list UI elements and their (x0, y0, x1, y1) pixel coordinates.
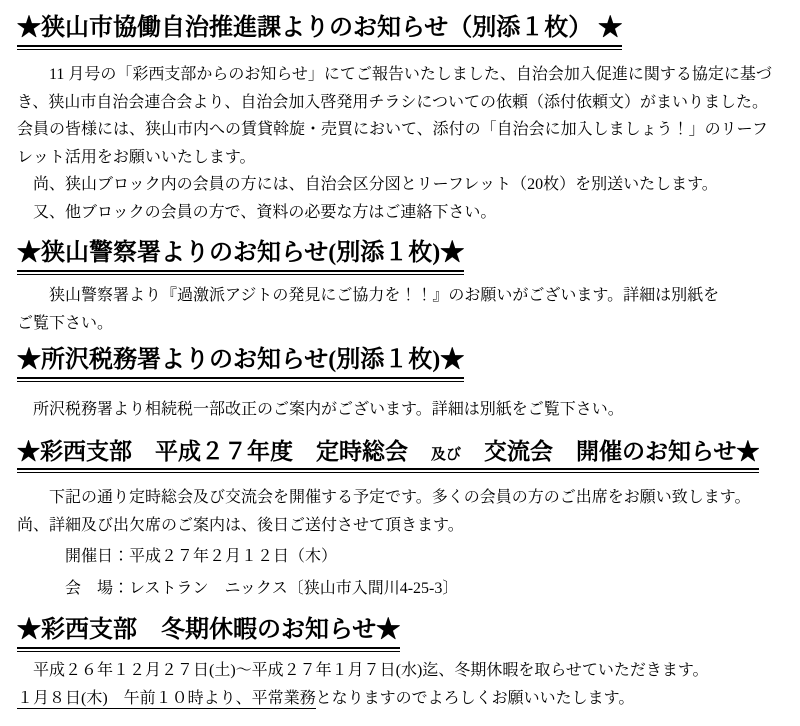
underlined-text: １月８日(木) 午前１０時より、平常業務 (17, 690, 316, 709)
event-date-line: 開催日：平成２７年２月１２日（木） (17, 543, 785, 571)
heading-text-part2: 交流会 開催のお知らせ★ (461, 439, 759, 464)
paragraph-line: 尚、狭山ブロック内の会員の方には、自治会区分図とリーフレット（20枚）を別送いた… (17, 171, 785, 199)
section-heading-sayama-police: ★狭山警察署よりのお知らせ(別添１枚)★ (17, 238, 785, 276)
section-body-soukai-kouryukai: 下記の通り定時総会及び交流会を開催する予定です。多くの会員の方のご出席をお願い致… (17, 484, 785, 602)
section-title: ★彩西支部 平成２７年度 定時総会 及び 交流会 開催のお知らせ★ (17, 438, 759, 471)
heading-text-part1: ★彩西支部 平成２７年度 定時総会 (17, 439, 431, 464)
paragraph-line: 又、他ブロックの会員の方で、資料の必要な方はご連絡下さい。 (17, 199, 785, 227)
paragraph-line: ご覧下さい。 (17, 310, 785, 338)
paragraph-line: 11 月号の「彩西支部からのお知らせ」にてご報告いたしました、自治会加入促進に関… (17, 61, 785, 89)
paragraph-line: １月８日(木) 午前１０時より、平常業務となりますのでよろしくお願いいたします。 (17, 685, 785, 713)
section-body-sayama-police: 狭山警察署より『過激派アジトの発見にご協力を！！』のお願いがございます。詳細は別… (17, 282, 785, 337)
section-title: ★狭山市協働自治推進課よりのお知らせ（別添１枚） ★ (17, 13, 622, 47)
paragraph-line: 下記の通り定時総会及び交流会を開催する予定です。多くの会員の方のご出席をお願い致… (17, 484, 785, 512)
paragraph-line: 尚、詳細及び出欠席のご案内は、後日ご送付させて頂きます。 (17, 512, 785, 540)
paragraph-line: 狭山警察署より『過激派アジトの発見にご協力を！！』のお願いがございます。詳細は別… (17, 282, 785, 310)
section-heading-tokorozawa-tax: ★所沢税務署よりのお知らせ(別添１枚)★ (17, 345, 785, 383)
paragraph-line: 所沢税務署より相続税一部改正のご案内がございます。詳細は別紙をご覧下さい。 (17, 396, 785, 424)
section-body-sayama-city: 11 月号の「彩西支部からのお知らせ」にてご報告いたしました、自治会加入促進に関… (17, 61, 785, 226)
event-venue-line: 会 場：レストラン ニックス〔狭山市入間川4-25-3〕 (17, 575, 785, 603)
section-title: ★彩西支部 冬期休暇のお知らせ★ (17, 615, 400, 649)
paragraph-line: き、狭山市自治会連合会より、自治会加入啓発用チラシについての依頼（添付依頼文）が… (17, 89, 785, 117)
paragraph-line: 会員の皆様には、狭山市内への賃貸斡旋・売買において、添付の「自治会に加入しましょ… (17, 116, 785, 144)
paragraph-text: となりますのでよろしくお願いいたします。 (316, 690, 635, 707)
paragraph-line: 平成２６年１２月２７日(土)～平成２７年１月７日(水)迄、冬期休暇を取らせていた… (17, 657, 785, 685)
section-body-winter-holiday: 平成２６年１２月２７日(土)～平成２７年１月７日(水)迄、冬期休暇を取らせていた… (17, 657, 785, 712)
section-title: ★所沢税務署よりのお知らせ(別添１枚)★ (17, 345, 464, 379)
section-title: ★狭山警察署よりのお知らせ(別添１枚)★ (17, 238, 464, 272)
heading-text-small: 及び (431, 447, 461, 463)
paragraph-line: レット活用をお願いいたします。 (17, 144, 785, 172)
section-body-tokorozawa-tax: 所沢税務署より相続税一部改正のご案内がございます。詳細は別紙をご覧下さい。 (17, 396, 785, 424)
section-heading-soukai-kouryukai: ★彩西支部 平成２７年度 定時総会 及び 交流会 開催のお知らせ★ (17, 438, 785, 475)
section-heading-sayama-city: ★狭山市協働自治推進課よりのお知らせ（別添１枚） ★ (17, 13, 785, 51)
section-heading-winter-holiday: ★彩西支部 冬期休暇のお知らせ★ (17, 615, 785, 653)
newsletter-page: ★狭山市協働自治推進課よりのお知らせ（別添１枚） ★ 11 月号の「彩西支部から… (0, 0, 800, 726)
